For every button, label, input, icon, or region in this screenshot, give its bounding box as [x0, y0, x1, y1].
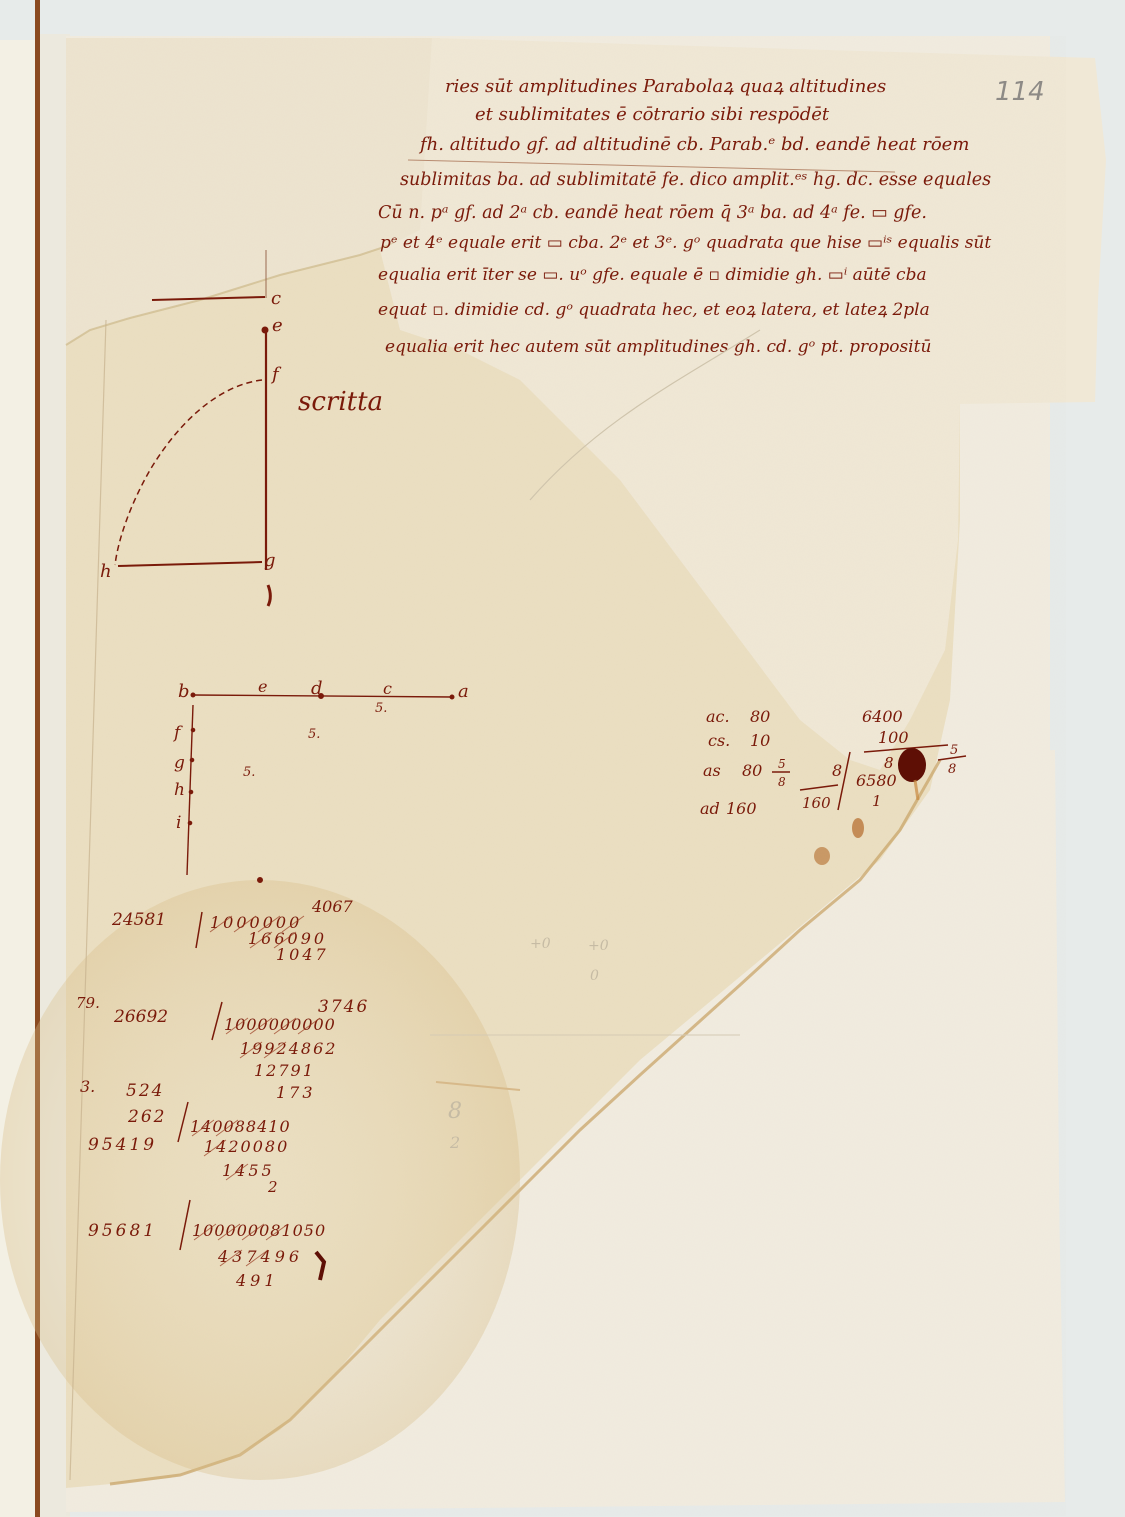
calc-as-label: as	[703, 761, 721, 780]
label-a: a	[458, 681, 469, 702]
div-frac-den: 8	[948, 762, 956, 777]
calc-cs-label: cs.	[708, 731, 730, 750]
label-e: e	[272, 315, 283, 336]
label-b: b	[178, 681, 190, 702]
ink-spot	[852, 818, 864, 838]
calc1-divisor: 24581	[111, 910, 166, 930]
calc4-row1: 100000081050	[192, 1221, 326, 1240]
text-line-4: sublimitas ba. ad sublimitatē fe. dico a…	[400, 170, 991, 190]
text-line-2: et sublimitates ē cōtrario sibi respōdēt	[475, 104, 830, 125]
calc2-quotient: 3746	[318, 997, 369, 1017]
text-line-9: equalia erit hec autem sūt amplitudines …	[385, 337, 931, 357]
calc2-divisor: 26692	[113, 1007, 168, 1027]
label-g2: g	[174, 753, 185, 773]
label-c2: c	[383, 679, 392, 698]
div-quotient: 6580	[856, 771, 897, 790]
div-mid: 8	[884, 754, 894, 772]
annotation-scritta: scritta	[298, 387, 383, 417]
text-line-7: equalia erit īter se ▭. uᵒ gfe. equale ē…	[378, 265, 927, 285]
calc3-line2: 95419	[88, 1135, 157, 1155]
calc1-row3: 1047	[276, 945, 329, 964]
mark-5-3: 5.	[243, 765, 255, 780]
label-d: d	[311, 678, 323, 699]
label-h: h	[100, 561, 112, 582]
text-line-8: equat ▫. dimidie cd. gᵒ quadrata hec, et…	[378, 300, 930, 320]
bleed-through-digit: 8	[448, 1099, 462, 1124]
calc1-quotient: 4067	[311, 897, 354, 916]
label-i: i	[176, 813, 181, 833]
ink-blot	[898, 748, 926, 782]
calc3-divisor: 524	[126, 1081, 164, 1101]
calc3-prefix: 3.	[80, 1077, 95, 1096]
pencil-number: 0	[590, 968, 599, 984]
calc-as-value: 80	[742, 761, 762, 780]
calc-ac-value: 80	[750, 707, 770, 726]
text-line-3: fh. altitudo gf. ad altitudinē cb. Parab…	[418, 134, 969, 155]
div-top1: 6400	[862, 707, 903, 726]
pencil-number: +0	[530, 936, 551, 952]
ink-spot	[814, 847, 830, 865]
div-bottom: 1	[872, 792, 882, 810]
mark-5-1: 5.	[375, 701, 387, 716]
calc2-row3: 12791	[254, 1061, 315, 1080]
calc4-row3: 491	[235, 1271, 279, 1290]
calc2-row4: 173	[276, 1083, 316, 1102]
calc2-row1: 1000000000	[224, 1015, 336, 1034]
calc-ad-label: ad	[700, 799, 720, 818]
calc4-divisor: 95681	[88, 1221, 157, 1241]
calc4-row2: 437496	[217, 1247, 303, 1266]
manuscript-scan: 114 ries sūt amplitudines Parabolaꝝ quaꝝ…	[0, 0, 1125, 1517]
label-h2: h	[174, 780, 185, 800]
mark-5-2: 5.	[308, 727, 320, 742]
calc2-row2: 19924862	[240, 1039, 337, 1058]
div-frac-num: 5	[950, 743, 958, 758]
label-c: c	[271, 288, 281, 309]
div-top2: 100	[878, 728, 909, 747]
div-left-den: 160	[802, 794, 831, 812]
calc-ad-value: 160	[726, 799, 757, 818]
calc-cs-value: 10	[750, 731, 770, 750]
calc-ac-label: ac.	[706, 707, 730, 726]
calc3-row4: 2	[267, 1178, 278, 1196]
calc-as-frac-num: 5	[778, 757, 786, 771]
text-line-1: ries sūt amplitudines Parabolaꝝ quaꝝ alt…	[445, 76, 886, 97]
bleed-through-digit: 2	[449, 1133, 460, 1152]
folio-number: 114	[995, 77, 1045, 107]
calc2-prefix: 79.	[76, 994, 100, 1012]
label-g: g	[264, 550, 276, 571]
calc3-line1: 262	[127, 1107, 166, 1127]
calc-as-frac-den: 8	[778, 775, 786, 789]
text-line-5: Cū n. pᵃ gf. ad 2ᵃ cb. eandē heat rōem q…	[378, 203, 927, 223]
div-left-num: 8	[832, 761, 842, 780]
label-e2: e	[258, 677, 267, 696]
text-line-6: pᵉ et 4ᵉ equale erit ▭ cba. 2ᵉ et 3ᵉ. gᵒ…	[380, 233, 991, 253]
pencil-number: +0	[588, 938, 609, 954]
